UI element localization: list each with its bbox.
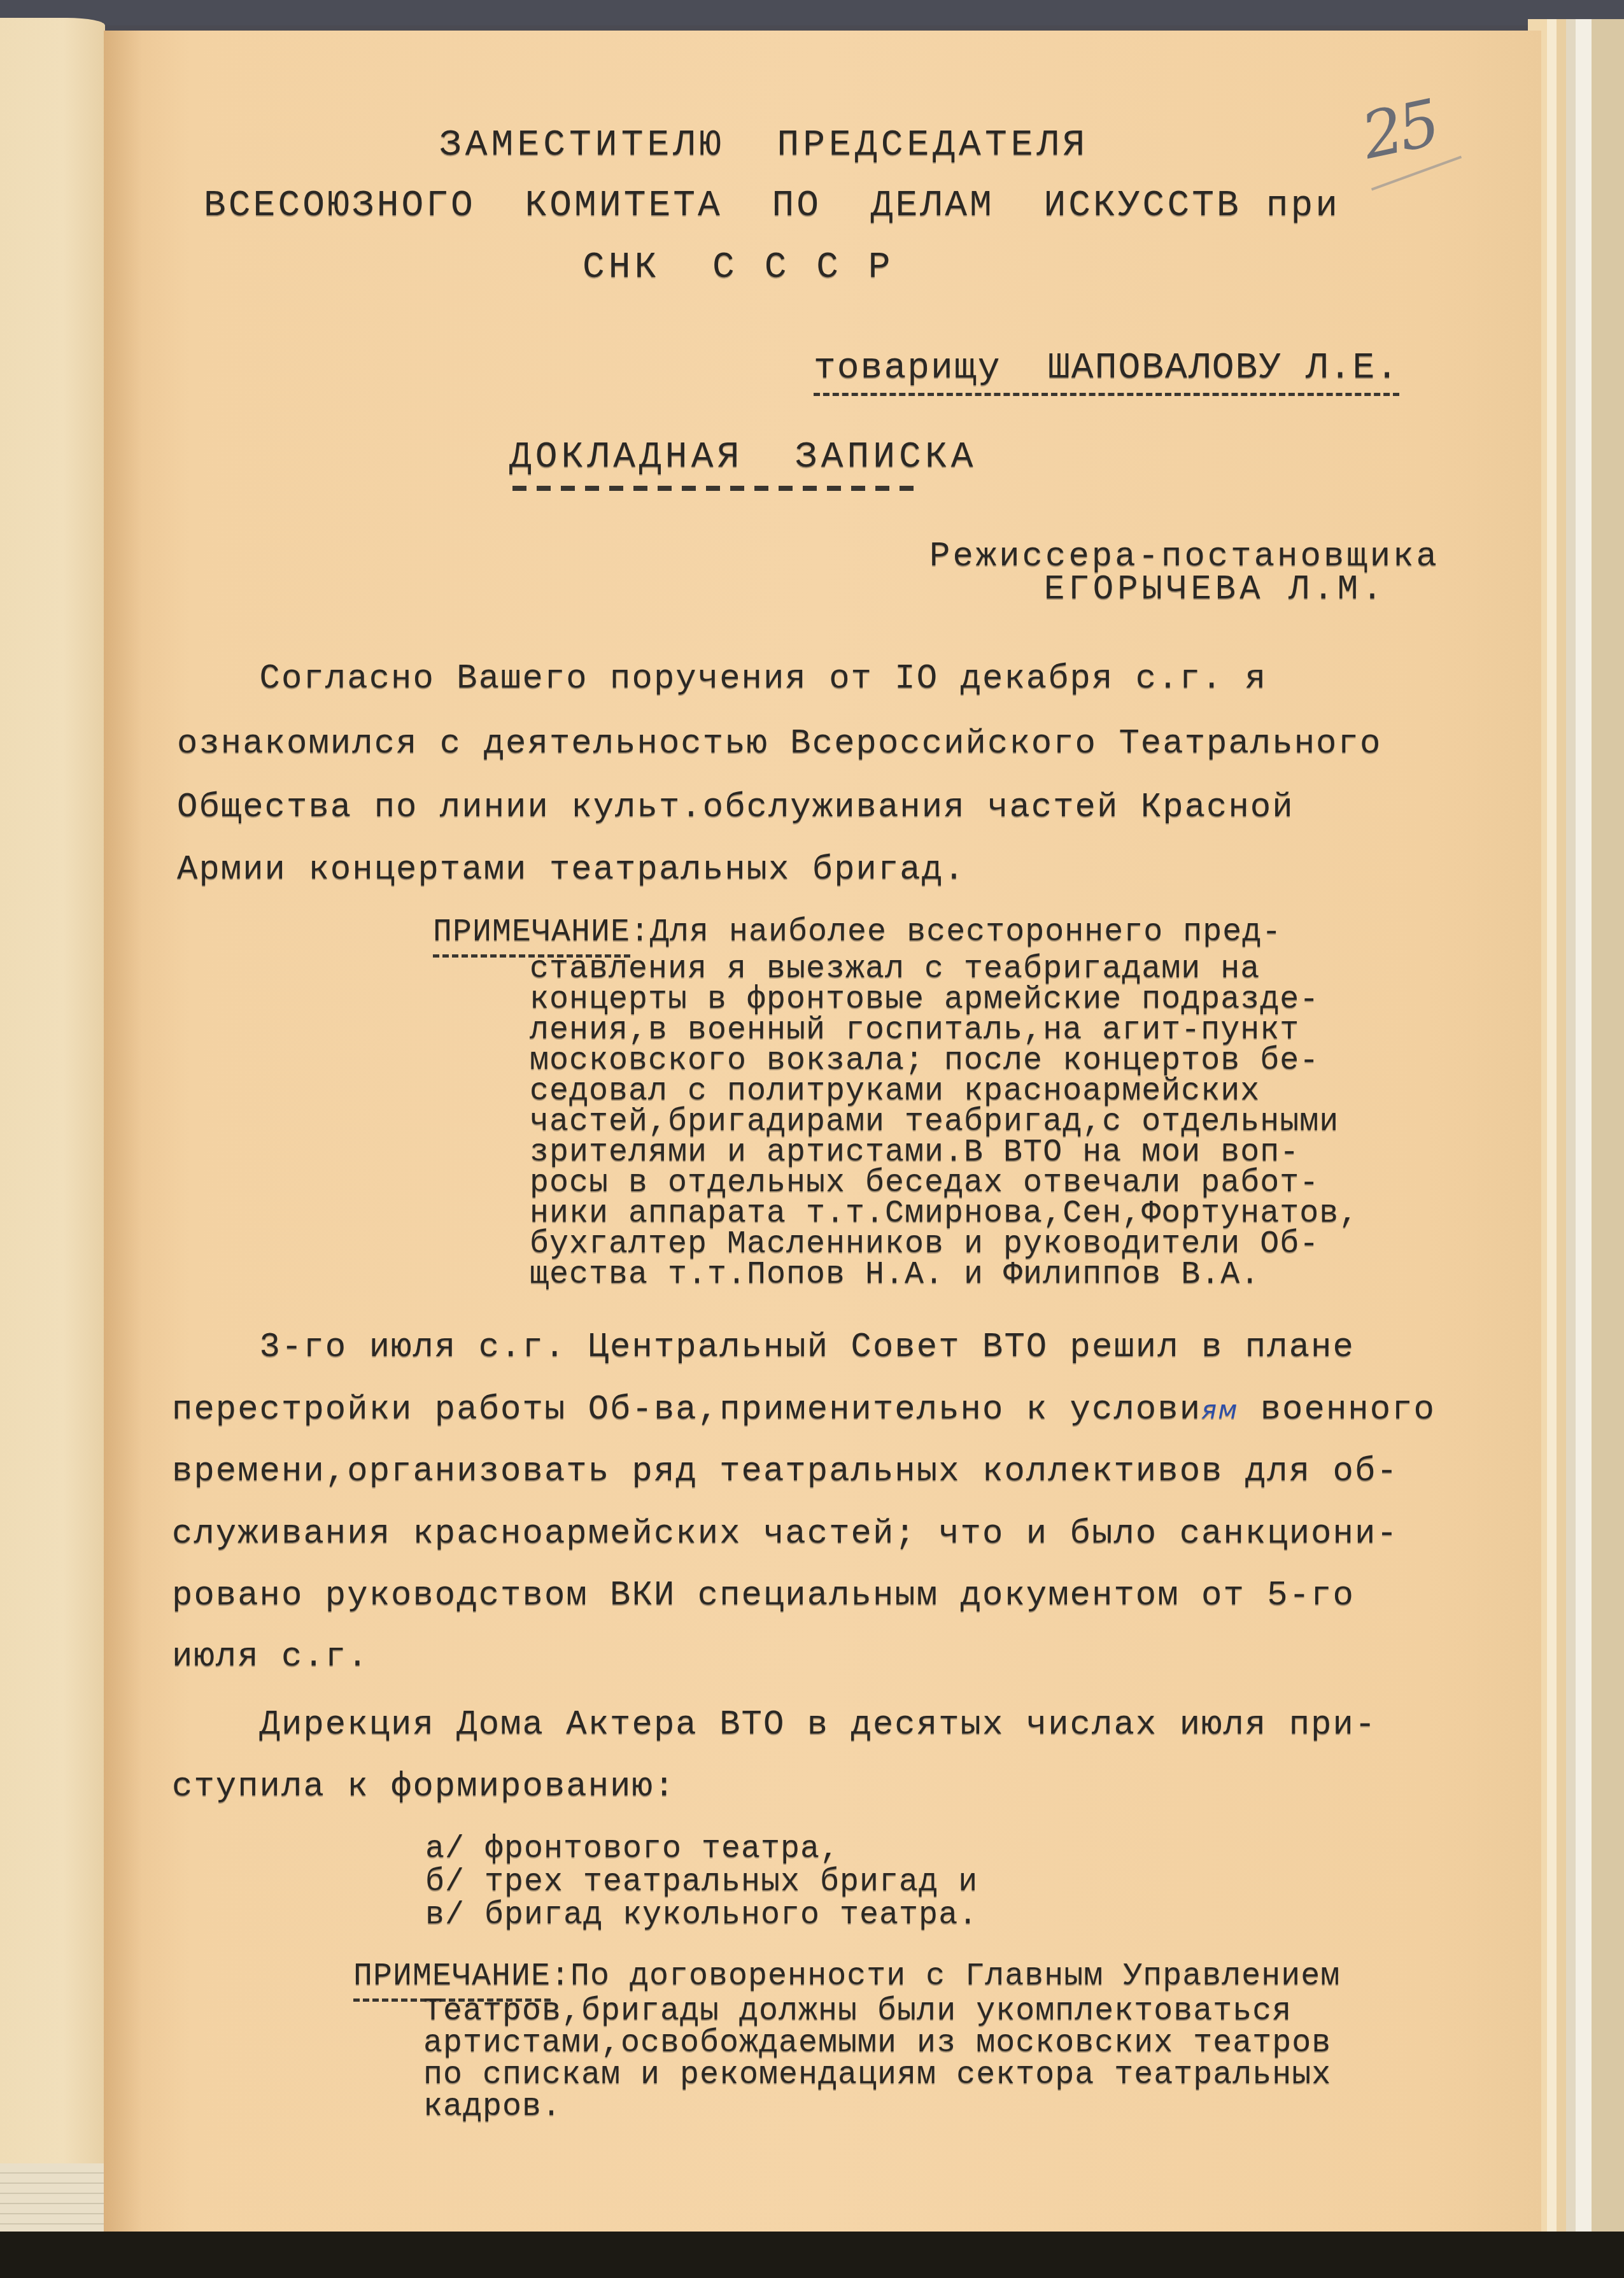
note-line: ставления я выезжал с теабригадами на [530, 954, 1260, 986]
recipient-name: товарищу ШАПОВАЛОВУ Л.Е. [814, 348, 1399, 396]
paragraph-line: 3-го июля с.г. Центральный Совет ВТО реш… [172, 1331, 1355, 1365]
title-underline [512, 486, 920, 491]
paragraph-line: ровано руководством ВКИ специальным доку… [172, 1579, 1355, 1613]
paragraph-line: Армии концертами театральных бригад. [177, 853, 966, 888]
note-text: :По договоренности с Главным Управлением [551, 1958, 1340, 1995]
note-line: по спискам и рекомендациям сектора театр… [423, 2060, 1331, 2091]
paragraph-line-corrected: перестройки работы Об-ва,применительно к… [172, 1393, 1436, 1427]
addressee-line-3: СНК С С С Р [583, 250, 894, 287]
binding-edge [0, 2163, 105, 2233]
note-line: росы в отдельных беседах отвечали работ- [530, 1168, 1319, 1199]
document-title: ДОКЛАДНАЯ ЗАПИСКА [509, 439, 977, 476]
author-name: ЕГОРЫЧЕВА Л.М. [1044, 573, 1387, 607]
note-line: ники аппарата т.т.Смирнова,Сен,Фортунато… [530, 1198, 1359, 1230]
note-line: ления,в военный госпиталь,на агит-пункт [530, 1015, 1299, 1047]
previous-page-edge [0, 18, 105, 2163]
addressee-line-1: ЗАМЕСТИТЕЛЮ ПРЕДСЕДАТЕЛЯ [439, 127, 1089, 164]
list-item: а/ фронтового театра, [425, 1834, 840, 1865]
paragraph-line: июля с.г. [172, 1640, 369, 1674]
text-segment: перестройки работы Об-ва,применительно к… [172, 1390, 1201, 1429]
note-line: седовал с политруками красноармейских [530, 1076, 1260, 1108]
note-first-line: ПРИМЕЧАНИЕ:По договоренности с Главным У… [353, 1961, 1340, 1993]
note-line: бухгалтер Масленников и руководители Об- [530, 1229, 1319, 1261]
stacked-page-edges [1528, 19, 1624, 2241]
paragraph-line: служивания красноармейских частей; что и… [172, 1517, 1399, 1552]
fold-shadow [104, 31, 142, 2240]
author-role: Режиссера-постановщика [929, 540, 1439, 574]
addressee-line-2: ВСЕСОЮЗНОГО КОМИТЕТА ПО ДЕЛАМ ИСКУССТВ п… [204, 188, 1340, 225]
scanner-background-bottom [0, 2232, 1624, 2278]
paragraph-line: ступила к формированию: [172, 1770, 675, 1804]
paragraph-line: времени,организовать ряд театральных кол… [172, 1455, 1399, 1489]
handwritten-correction: ям [1201, 1396, 1238, 1425]
scanner-background-top [0, 0, 1624, 25]
text-segment: военного [1238, 1390, 1436, 1429]
note-line: зрителями и артистами.В ВТО на мои воп- [530, 1137, 1299, 1169]
paragraph-line: Согласно Вашего поручения от IO декабря … [172, 662, 1267, 697]
note-line: артистами,освобождаемыми из московских т… [423, 2028, 1331, 2060]
note-text: :Для наиболее всестороннего пред- [630, 914, 1282, 951]
note-line: концерты в фронтовые армейские подразде- [530, 984, 1319, 1016]
paragraph-line: Общества по линии культ.обслуживания час… [177, 791, 1294, 825]
note-first-line: ПРИМЕЧАНИЕ:Для наиболее всестороннего пр… [433, 917, 1282, 949]
note-line: частей,бригадирами теабригад,с отдельным… [530, 1107, 1339, 1138]
note-line: Театров,бригады должны были укомплектова… [423, 1996, 1292, 2028]
list-item: б/ трех театральных бригад и [425, 1867, 978, 1899]
note-line: кадров. [423, 2091, 561, 2123]
folio-number: 25 [1355, 85, 1443, 173]
paragraph-line: ознакомился с деятельностью Всероссийско… [177, 727, 1381, 761]
note-line: щества т.т.Попов Н.А. и Филиппов В.А. [530, 1259, 1260, 1291]
note-line: московского вокзала; после концертов бе- [530, 1045, 1319, 1077]
paragraph-line: Дирекция Дома Актера ВТО в десятых числа… [172, 1708, 1376, 1743]
recipient-line: товарищу ШАПОВАЛОВУ Л.Е. [814, 350, 1399, 387]
list-item: в/ бригад кукольного театра. [425, 1900, 978, 1932]
